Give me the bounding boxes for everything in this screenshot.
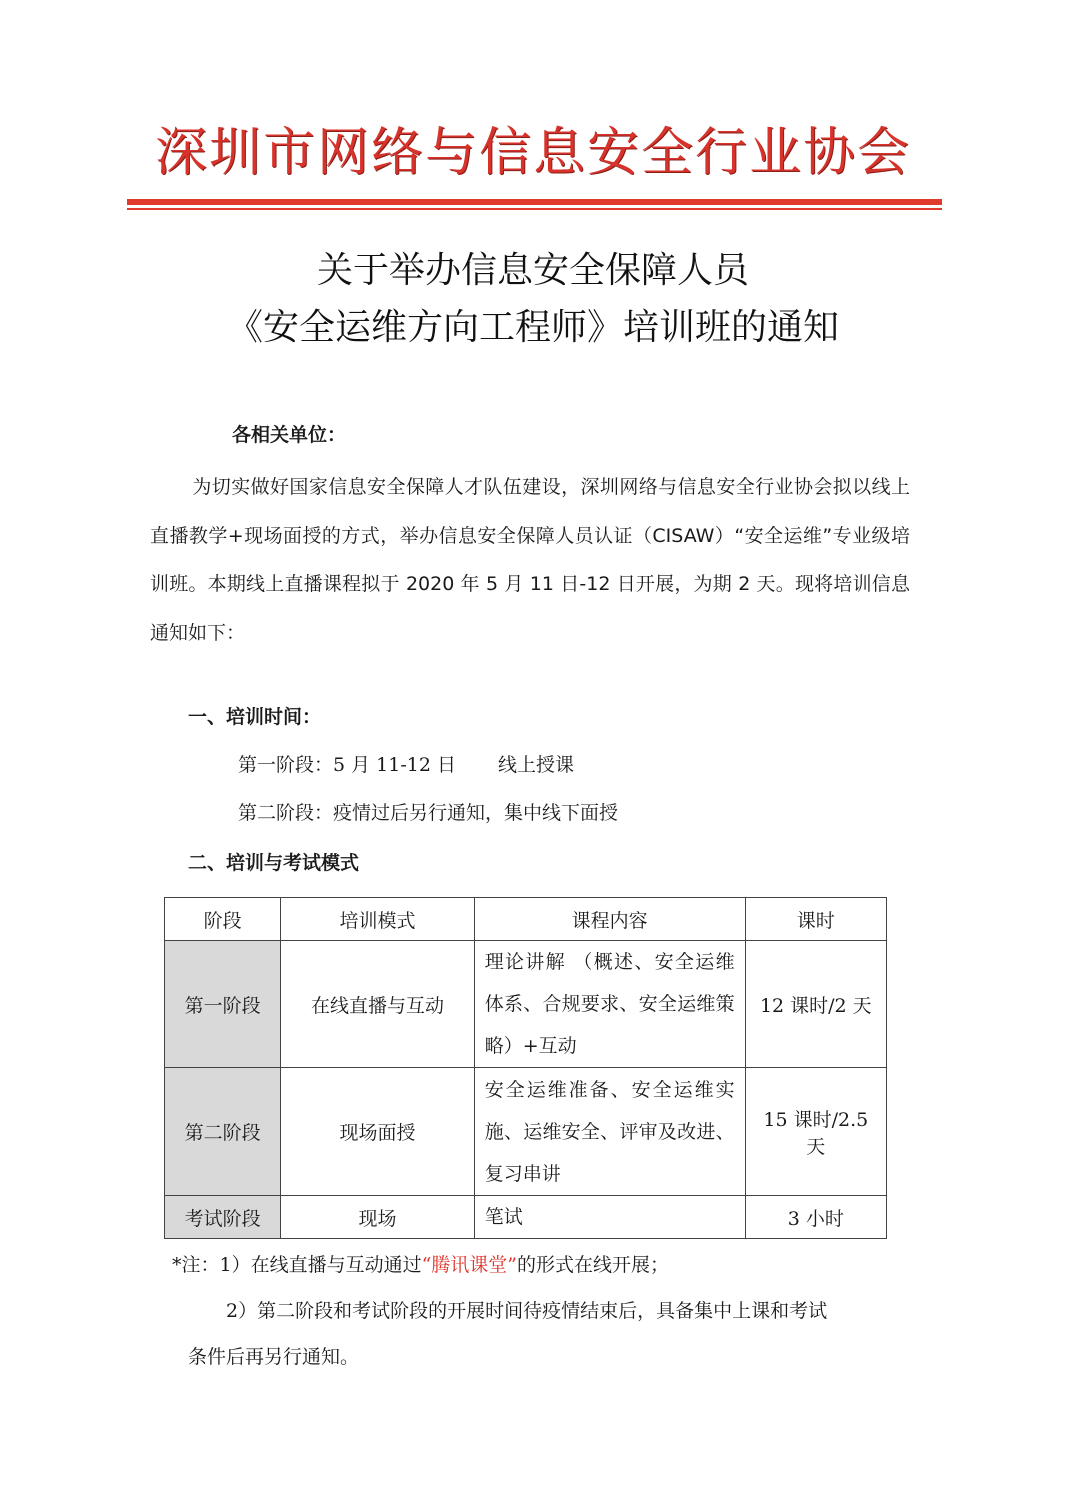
organization-letterhead: 深圳市网络与信息安全行业协会 (0, 118, 1066, 188)
column-header: 阶段 (165, 898, 281, 941)
column-header: 培训模式 (281, 898, 474, 941)
note-2-line2: 条件后再另行通知。 (188, 1334, 359, 1380)
intro-paragraph: 为切实做好国家信息安全保障人才队伍建设，深圳网络与信息安全行业协会拟以线上直播教… (150, 463, 910, 657)
note1-suffix: 的形式在线开展； (517, 1254, 669, 1276)
column-header: 课程内容 (474, 898, 745, 941)
note-2-line1: 2）第二阶段和考试阶段的开展时间待疫情结束后，具备集中上课和考试 (226, 1288, 827, 1334)
note1-prefix: *注：1）在线直播与互动通过 (172, 1254, 422, 1276)
stage-cell: 第一阶段 (165, 941, 281, 1068)
section-heading-training-time: 一、培训时间： (188, 702, 321, 729)
document-title-line2: 《安全运维方向工程师》培训班的通知 (0, 300, 1066, 356)
letterhead-divider-thin (127, 208, 942, 210)
table-row: 第一阶段 在线直播与互动 理论讲解 （概述、安全运维体系、合规要求、安全运维策略… (165, 941, 887, 1068)
content-cell: 安全运维准备、安全运维实施、运维安全、评审及改进、复习串讲 (474, 1068, 745, 1196)
stage-cell: 考试阶段 (165, 1196, 281, 1239)
document-title-line1: 关于举办信息安全保障人员 (0, 243, 1066, 299)
mode-cell: 现场 (281, 1196, 474, 1239)
phase2-schedule: 第二阶段：疫情过后另行通知，集中线下面授 (238, 798, 618, 825)
table-row: 第二阶段 现场面授 安全运维准备、安全运维实施、运维安全、评审及改进、复习串讲 … (165, 1068, 887, 1196)
section-heading-training-mode: 二、培训与考试模式 (188, 848, 359, 875)
hours-cell: 3 小时 (745, 1196, 886, 1239)
table-row: 考试阶段 现场 笔试 3 小时 (165, 1196, 887, 1239)
note-1: *注：1）在线直播与互动通过“腾讯课堂”的形式在线开展； (172, 1242, 669, 1288)
training-mode-table: 阶段 培训模式 课程内容 课时 第一阶段 在线直播与互动 理论讲解 （概述、安全… (164, 897, 887, 1239)
hours-cell: 15 课时/2.5 天 (745, 1068, 886, 1196)
mode-cell: 现场面授 (281, 1068, 474, 1196)
phase1-schedule: 第一阶段：5 月 11-12 日线上授课 (238, 750, 574, 777)
intro-text: 为切实做好国家信息安全保障人才队伍建设，深圳网络与信息安全行业协会拟以线上直播教… (150, 476, 910, 644)
mode-cell: 在线直播与互动 (281, 941, 474, 1068)
platform-name-highlight: “腾讯课堂” (422, 1254, 517, 1276)
content-cell: 笔试 (474, 1196, 745, 1239)
phase1-label: 第一阶段：5 月 11-12 日 (238, 754, 456, 776)
hours-cell: 12 课时/2 天 (745, 941, 886, 1068)
table-header-row: 阶段 培训模式 课程内容 课时 (165, 898, 887, 941)
column-header: 课时 (745, 898, 886, 941)
phase1-mode: 线上授课 (498, 754, 574, 776)
salutation: 各相关单位： (232, 420, 346, 447)
content-cell: 理论讲解 （概述、安全运维体系、合规要求、安全运维策略）+互动 (474, 941, 745, 1068)
letterhead-divider-thick (127, 199, 942, 205)
stage-cell: 第二阶段 (165, 1068, 281, 1196)
